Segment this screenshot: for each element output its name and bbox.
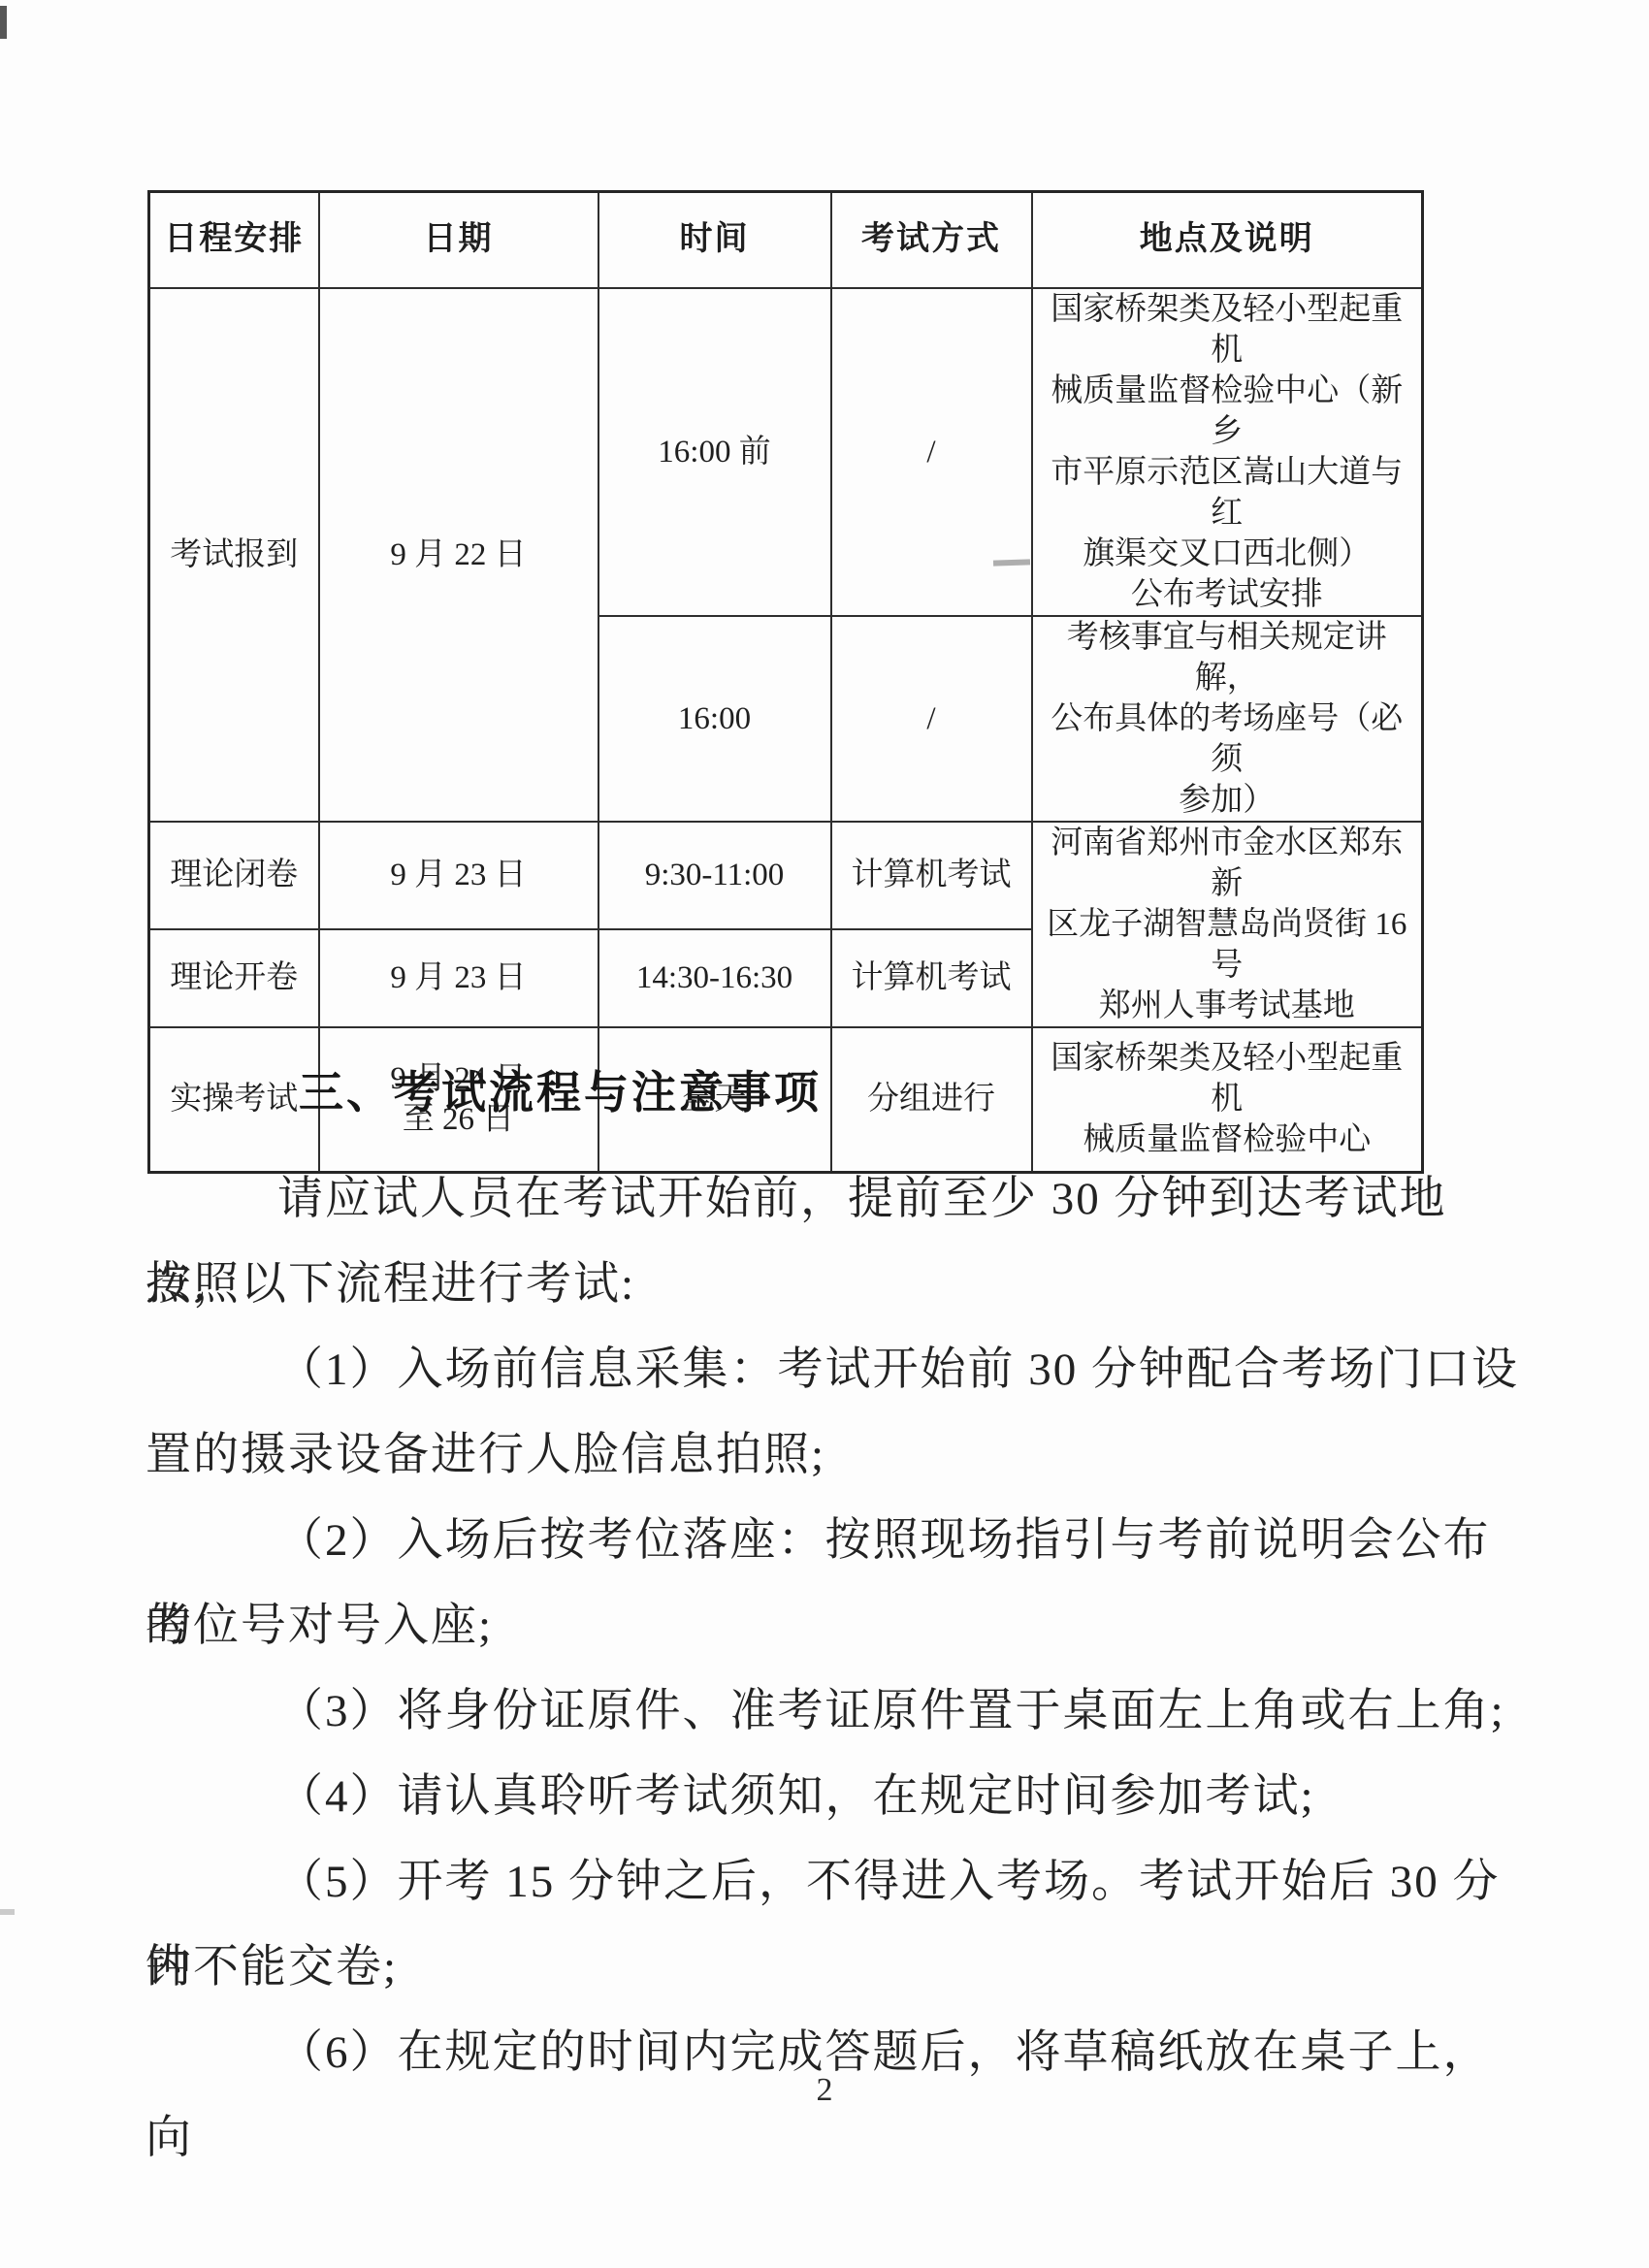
header-schedule: 日程安排 (149, 192, 319, 288)
body-line: （4）请认真聆听考试须知，在规定时间参加考试; (145, 1754, 1523, 1839)
cell-schedule-theory-closed: 理论闭卷 (149, 822, 319, 930)
header-method: 考试方式 (831, 192, 1032, 288)
body-text: 请应试人员在考试开始前，提前至少 30 分钟到达考试地点， 按照以下流程进行考试… (145, 1156, 1523, 2095)
body-line: （5）开考 15 分钟之后，不得进入考场。考试开始后 30 分钟 (145, 1839, 1523, 1925)
table-header-row: 日程安排 日期 时间 考试方式 地点及说明 (149, 192, 1423, 288)
cell-location-theory: 河南省郑州市金水区郑东新 区龙子湖智慧岛尚贤街 16 号 郑州人事考试基地 (1032, 822, 1423, 1027)
body-line: 考位号对号入座; (145, 1583, 1523, 1669)
cell-schedule-registration: 考试报到 (149, 288, 319, 822)
body-line: （1）入场前信息采集：考试开始前 30 分钟配合考场门口设 (145, 1327, 1523, 1412)
exam-schedule-table: 日程安排 日期 时间 考试方式 地点及说明 考试报到 9 月 22 日 16:0… (147, 190, 1424, 1174)
table-row-theory-closed: 理论闭卷 9 月 23 日 9:30-11:00 计算机考试 河南省郑州市金水区… (149, 822, 1423, 930)
cell-location-registration-slot1: 国家桥架类及轻小型起重机 械质量监督检验中心（新乡 市平原示范区嵩山大道与红 旗… (1032, 288, 1423, 616)
cell-method-registration-slot1: / (831, 288, 1032, 616)
body-line: 内不能交卷; (145, 1925, 1523, 2010)
cell-time-registration-slot1: 16:00 前 (598, 288, 831, 616)
header-time: 时间 (598, 192, 831, 288)
page-number: 2 (0, 2072, 1649, 2109)
cell-location-practical: 国家桥架类及轻小型起重机 械质量监督检验中心 (1032, 1027, 1423, 1173)
cell-time-theory-closed: 9:30-11:00 (598, 822, 831, 930)
cell-schedule-theory-open: 理论开卷 (149, 929, 319, 1026)
cell-time-theory-open: 14:30-16:30 (598, 929, 831, 1026)
body-line: （3）将身份证原件、准考证原件置于桌面左上角或右上角; (145, 1669, 1523, 1754)
cell-schedule-practical: 实操考试 (149, 1027, 319, 1173)
body-line: 请应试人员在考试开始前，提前至少 30 分钟到达考试地点， (145, 1156, 1523, 1242)
scan-artifact-mark (0, 1909, 15, 1915)
header-location: 地点及说明 (1032, 192, 1423, 288)
cell-date-theory-closed: 9 月 23 日 (319, 822, 598, 930)
section-heading: 三、考试流程与注意事项 (299, 1057, 822, 1121)
cell-method-theory-closed: 计算机考试 (831, 822, 1032, 930)
cell-date-registration: 9 月 22 日 (319, 288, 598, 822)
scan-artifact-mark (0, 6, 7, 39)
cell-method-registration-slot2: / (831, 616, 1032, 822)
body-line: （2）入场后按考位落座：按照现场指引与考前说明会公布的 (145, 1498, 1523, 1583)
body-line: 置的摄录设备进行人脸信息拍照; (145, 1412, 1523, 1498)
header-date: 日期 (319, 192, 598, 288)
body-line: 按照以下流程进行考试: (145, 1242, 1523, 1327)
cell-method-practical: 分组进行 (831, 1027, 1032, 1173)
cell-location-registration-slot2: 考核事宜与相关规定讲解， 公布具体的考场座号（必须 参加） (1032, 616, 1423, 822)
table-row-registration-slot1: 考试报到 9 月 22 日 16:00 前 / 国家桥架类及轻小型起重机 械质量… (149, 288, 1423, 616)
cell-method-theory-open: 计算机考试 (831, 929, 1032, 1026)
cell-date-theory-open: 9 月 23 日 (319, 929, 598, 1026)
cell-time-registration-slot2: 16:00 (598, 616, 831, 822)
